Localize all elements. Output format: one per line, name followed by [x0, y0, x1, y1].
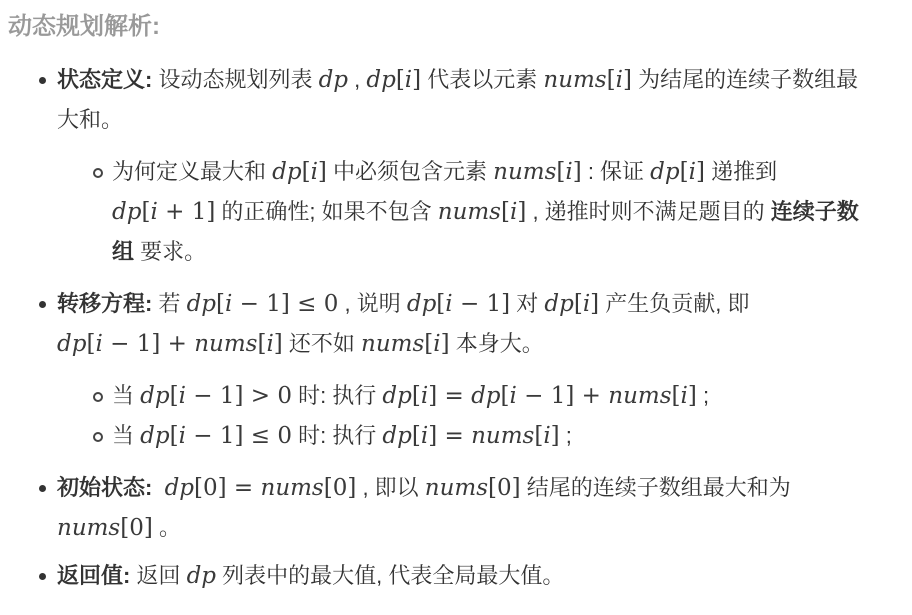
text-run: , — [348, 67, 366, 92]
sub-list: 为何定义最大和 dp[i] 中必须包含元素 nums[i] : 保证 dp[i]… — [57, 152, 864, 272]
text-run: ; — [560, 423, 572, 448]
text-run: 代表以元素 — [421, 67, 543, 92]
bold-text-run: 状态定义: — [57, 67, 152, 92]
text-run: 要求。 — [134, 239, 206, 264]
text-run: 设动态规划列表 — [152, 67, 318, 92]
list-item-text: 当 dp[i − 1] > 0 时: 执行 dp[i] = dp[i − 1] … — [112, 383, 709, 408]
text-run: 对 — [510, 291, 544, 316]
list-item-text: 为何定义最大和 dp[i] 中必须包含元素 nums[i] : 保证 dp[i]… — [112, 159, 859, 264]
list-item: 转移方程: 若 dp[i − 1] ≤ 0 , 说明 dp[i − 1] 对 d… — [0, 284, 890, 456]
bullet-disc-icon — [39, 573, 46, 580]
math-expression: dp[i] — [366, 67, 421, 93]
text-run — [152, 475, 164, 500]
math-expression: dp[i] = dp[i − 1] + nums[i] — [382, 383, 696, 409]
list-item-text: 当 dp[i − 1] ≤ 0 时: 执行 dp[i] = nums[i] ; — [112, 423, 572, 448]
list-item: 返回值: 返回 dp 列表中的最大值, 代表全局最大值。 — [0, 556, 890, 596]
math-expression: nums[0] — [425, 475, 521, 501]
bullet-circle-icon — [93, 392, 103, 402]
text-run: 列表中的最大值, 代表全局最大值。 — [216, 563, 564, 588]
math-expression: dp — [187, 563, 216, 589]
document-body: 动态规划解析: 状态定义: 设动态规划列表 dp , dp[i] 代表以元素 n… — [0, 0, 912, 596]
text-run: ; — [697, 383, 709, 408]
math-expression: nums[i] — [361, 331, 450, 357]
math-expression: nums[0] — [57, 515, 153, 541]
math-expression: dp[i] — [544, 291, 599, 317]
list-item-text: 返回值: 返回 dp 列表中的最大值, 代表全局最大值。 — [57, 563, 564, 588]
text-run: 递推到 — [705, 159, 777, 184]
list-item: 初始状态: dp[0] = nums[0] , 即以 nums[0] 结尾的连续… — [0, 468, 890, 548]
list-item-text: 状态定义: 设动态规划列表 dp , dp[i] 代表以元素 nums[i] 为… — [57, 67, 858, 132]
math-expression: nums[i] — [493, 159, 582, 185]
text-run: 结尾的连续子数组最大和为 — [521, 475, 791, 500]
text-run: 当 — [112, 383, 140, 408]
text-run: 中必须包含元素 — [327, 159, 493, 184]
math-expression: dp[i] = nums[i] — [382, 423, 559, 449]
bullet-disc-icon — [39, 485, 46, 492]
bold-text-run: 初始状态: — [57, 475, 152, 500]
bullet-disc-icon — [39, 301, 46, 308]
list-item: 状态定义: 设动态规划列表 dp , dp[i] 代表以元素 nums[i] 为… — [0, 60, 890, 272]
sub-list-item: 当 dp[i − 1] > 0 时: 执行 dp[i] = dp[i − 1] … — [57, 376, 864, 416]
text-run: 时: 执行 — [292, 383, 382, 408]
page-heading: 动态规划解析: — [8, 10, 912, 44]
math-expression: dp[i + 1] — [112, 199, 215, 225]
text-run: 若 — [152, 291, 186, 316]
math-expression: dp[i − 1] — [407, 291, 510, 317]
math-expression: dp[i] — [272, 159, 327, 185]
math-expression: dp — [319, 67, 348, 93]
math-expression: dp[i − 1] > 0 — [140, 383, 292, 409]
text-run: 时: 执行 — [292, 423, 382, 448]
math-expression: dp[0] = nums[0] — [165, 475, 357, 501]
text-run: , 即以 — [356, 475, 424, 500]
math-expression: nums[i] — [543, 67, 632, 93]
text-run: 。 — [153, 515, 181, 540]
math-expression: dp[i − 1] ≤ 0 — [140, 423, 292, 449]
text-run: 产生负贡献, 即 — [599, 291, 749, 316]
text-run: 本身大。 — [450, 331, 544, 356]
bullet-disc-icon — [39, 77, 46, 84]
text-run: , 说明 — [338, 291, 406, 316]
text-run: 还不如 — [283, 331, 361, 356]
math-expression: dp[i − 1] ≤ 0 — [187, 291, 339, 317]
list-item-text: 转移方程: 若 dp[i − 1] ≤ 0 , 说明 dp[i − 1] 对 d… — [57, 291, 750, 356]
sub-list-item: 为何定义最大和 dp[i] 中必须包含元素 nums[i] : 保证 dp[i]… — [57, 152, 864, 272]
text-run: , 递推时则不满足题目的 — [526, 199, 770, 224]
sub-list: 当 dp[i − 1] > 0 时: 执行 dp[i] = dp[i − 1] … — [57, 376, 864, 456]
text-run: : 保证 — [582, 159, 650, 184]
text-run: 当 — [112, 423, 140, 448]
bold-text-run: 转移方程: — [57, 291, 152, 316]
text-run: 返回 — [130, 563, 186, 588]
bold-text-run: 返回值: — [57, 563, 130, 588]
bullet-circle-icon — [93, 432, 103, 442]
list-item-text: 初始状态: dp[0] = nums[0] , 即以 nums[0] 结尾的连续… — [57, 475, 791, 540]
analysis-list: 状态定义: 设动态规划列表 dp , dp[i] 代表以元素 nums[i] 为… — [0, 60, 890, 596]
sub-list-item: 当 dp[i − 1] ≤ 0 时: 执行 dp[i] = nums[i] ; — [57, 416, 864, 456]
text-run: 的正确性; 如果不包含 — [215, 199, 437, 224]
math-expression: nums[i] — [438, 199, 527, 225]
text-run: 为何定义最大和 — [112, 159, 272, 184]
math-expression: dp[i − 1] + nums[i] — [57, 331, 283, 357]
bullet-circle-icon — [93, 168, 103, 178]
math-expression: dp[i] — [650, 159, 705, 185]
